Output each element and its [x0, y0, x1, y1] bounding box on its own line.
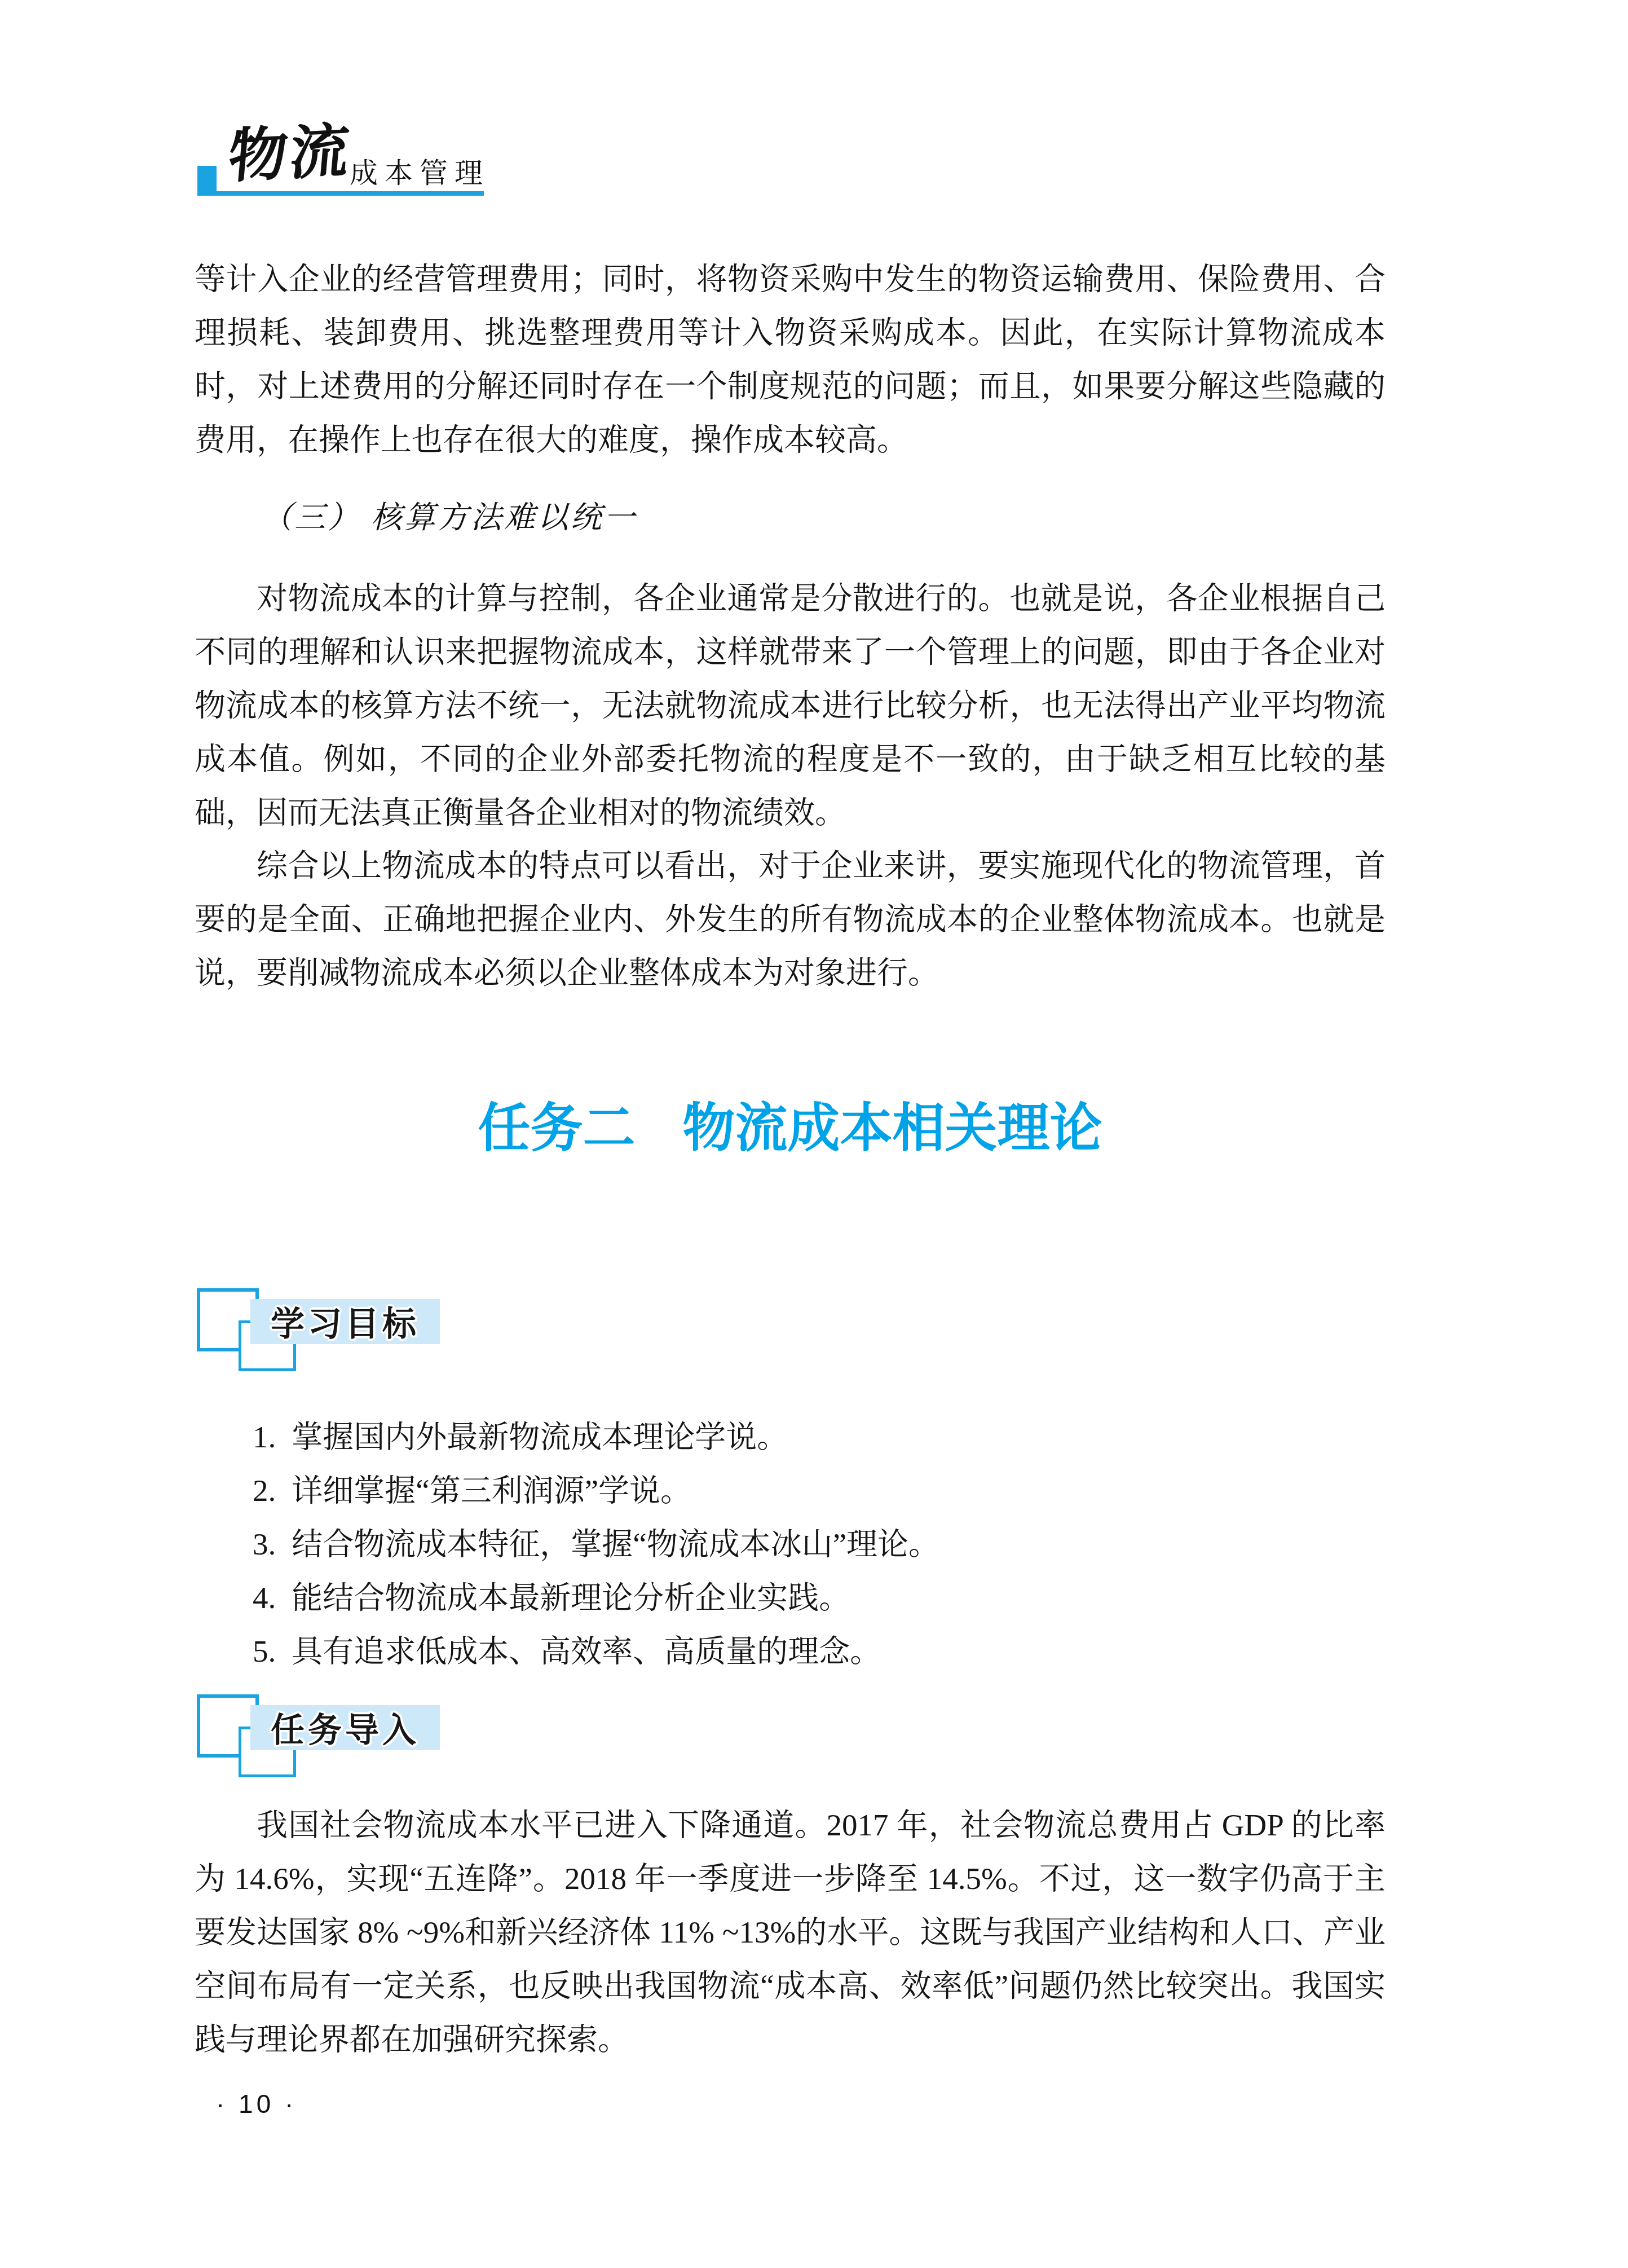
- task-title-number: 任务二: [478, 1100, 636, 1158]
- list-item-number: 4.: [253, 1580, 276, 1615]
- list-item-text: 能结合物流成本最新理论分析企业实践。: [292, 1580, 850, 1615]
- list-item-text: 详细掌握“第三利润源”学说。: [292, 1473, 691, 1508]
- list-item-text: 具有追求低成本、高效率、高质量的理念。: [292, 1634, 881, 1668]
- list-item: 3.结合物流成本特征，掌握“物流成本冰山”理论。: [195, 1517, 1386, 1571]
- badge-label-text: 学习目标: [271, 1297, 420, 1346]
- brand-subtitle: 成本管理: [350, 159, 489, 187]
- learning-objectives-badge: 学习目标: [197, 1288, 479, 1373]
- list-item-number: 5.: [253, 1634, 276, 1668]
- section-subheading: （三） 核算方法难以统一: [195, 491, 1386, 544]
- list-item-number: 3.: [253, 1527, 276, 1561]
- objectives-list: 1.掌握国内外最新物流成本理论学说。 2.详细掌握“第三利润源”学说。 3.结合…: [195, 1410, 1386, 1678]
- header-underline: [197, 191, 484, 196]
- paragraph-summary: 综合以上物流成本的特点可以看出，对于企业来讲，要实施现代化的物流管理，首要的是全…: [195, 839, 1386, 999]
- list-item-number: 1.: [253, 1420, 276, 1454]
- paragraph-accounting-methods: 对物流成本的计算与控制，各企业通常是分散进行的。也就是说，各企业根据自己不同的理…: [195, 571, 1386, 839]
- badge-label-panel: 学习目标: [250, 1299, 440, 1344]
- badge-label-panel: 任务导入: [250, 1705, 440, 1750]
- list-item: 2.详细掌握“第三利润源”学说。: [195, 1464, 1386, 1517]
- brand-calligraphy: 物流: [226, 122, 354, 187]
- textbook-page: 物流 成本管理 等计入企业的经营管理费用；同时，将物资采购中发生的物资运输费用、…: [0, 0, 1628, 2268]
- paragraph-task-intro: 我国社会物流成本水平已进入下降通道。2017 年，社会物流总费用占 GDP 的比…: [195, 1798, 1386, 2066]
- list-item-number: 2.: [253, 1473, 276, 1508]
- task-title-text: 物流成本相关理论: [683, 1100, 1102, 1158]
- task-intro-badge: 任务导入: [197, 1694, 479, 1779]
- page-number: · 10 ·: [216, 2089, 297, 2119]
- list-item: 5.具有追求低成本、高效率、高质量的理念。: [195, 1624, 1386, 1678]
- list-item: 4.能结合物流成本最新理论分析企业实践。: [195, 1571, 1386, 1624]
- list-item-text: 掌握国内外最新物流成本理论学说。: [292, 1420, 788, 1454]
- list-item-text: 结合物流成本特征，掌握“物流成本冰山”理论。: [292, 1527, 939, 1561]
- badge-label-text: 任务导入: [271, 1703, 420, 1752]
- task-title: 任务二物流成本相关理论: [195, 1096, 1386, 1161]
- list-item: 1.掌握国内外最新物流成本理论学说。: [195, 1410, 1386, 1464]
- header-accent-square: [197, 166, 217, 194]
- paragraph-continued: 等计入企业的经营管理费用；同时，将物资采购中发生的物资运输费用、保险费用、合理损…: [195, 252, 1386, 466]
